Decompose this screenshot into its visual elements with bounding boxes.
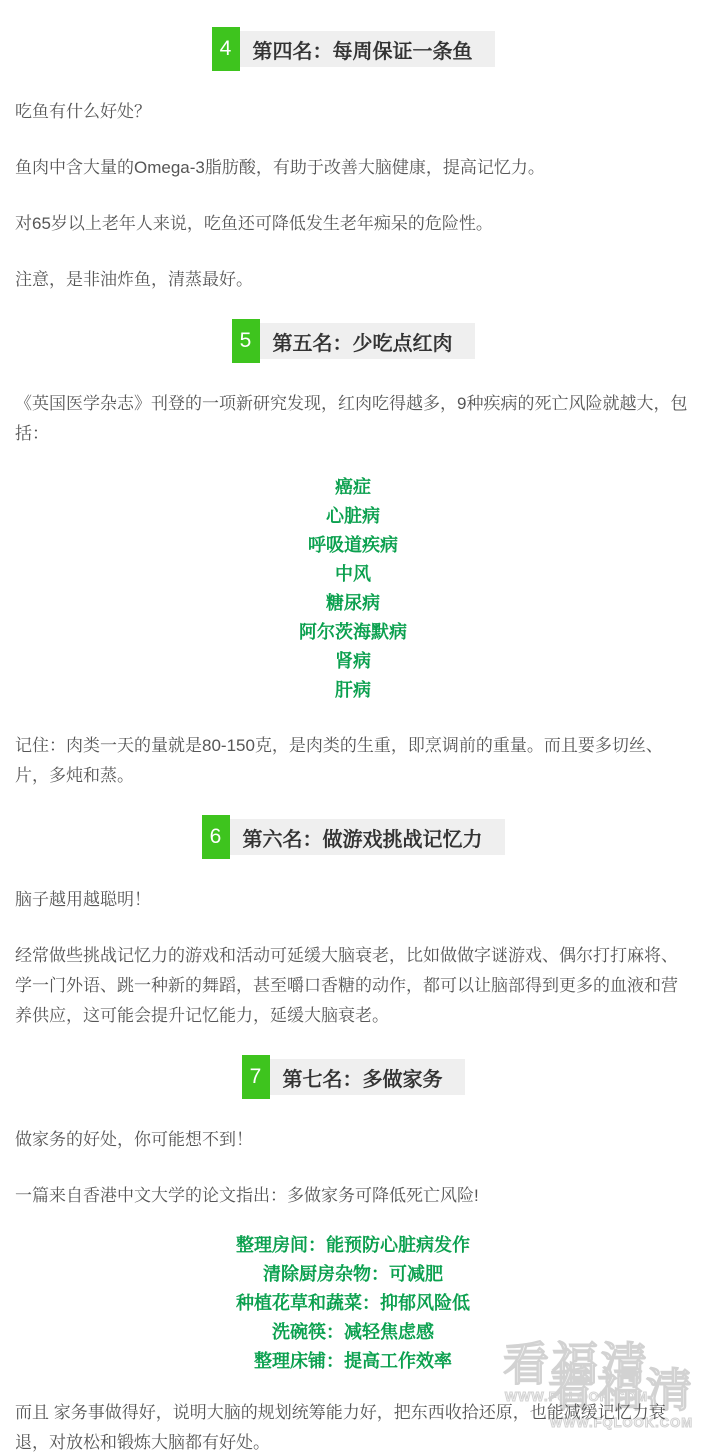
list-item: 洗碗筷：减轻焦虑感 bbox=[15, 1318, 691, 1347]
paragraph: 经常做些挑战记忆力的游戏和活动可延缓大脑衰老，比如做做字谜游戏、偶尔打打麻将、学… bbox=[15, 941, 691, 1031]
list-item: 整理床铺：提高工作效率 bbox=[15, 1347, 691, 1376]
paragraph: 脑子越用越聪明！ bbox=[15, 885, 691, 915]
rank-badge: 6 bbox=[202, 815, 230, 859]
section-header-6: 6 第六名：做游戏挑战记忆力 bbox=[15, 815, 691, 859]
section-title-bar: 7 第七名：多做家务 bbox=[242, 1059, 465, 1095]
list-item: 中风 bbox=[15, 560, 691, 589]
paragraph: 一篇来自香港中文大学的论文指出：多做家务可降低死亡风险! bbox=[15, 1181, 691, 1211]
section-header-5: 5 第五名：少吃点红肉 bbox=[15, 319, 691, 363]
list-item: 心脏病 bbox=[15, 502, 691, 531]
list-item: 清除厨房杂物：可减肥 bbox=[15, 1260, 691, 1289]
disease-list: 癌症 心脏病 呼吸道疾病 中风 糖尿病 阿尔茨海默病 肾病 肝病 bbox=[15, 473, 691, 705]
rank-badge: 4 bbox=[212, 27, 240, 71]
paragraph: 注意，是非油炸鱼，清蒸最好。 bbox=[15, 265, 691, 295]
list-item: 肾病 bbox=[15, 647, 691, 676]
list-item: 阿尔茨海默病 bbox=[15, 618, 691, 647]
rank-badge: 7 bbox=[242, 1055, 270, 1099]
list-item: 癌症 bbox=[15, 473, 691, 502]
paragraph: 而且 家务事做得好，说明大脑的规划统筹能力好，把东西收拾还原，也能减缓记忆力衰退… bbox=[15, 1398, 691, 1455]
section-title-bar: 4 第四名：每周保证一条鱼 bbox=[212, 31, 495, 67]
paragraph: 鱼肉中含大量的Omega-3脂肪酸，有助于改善大脑健康，提高记忆力。 bbox=[15, 153, 691, 183]
list-item: 肝病 bbox=[15, 676, 691, 705]
section-header-4: 4 第四名：每周保证一条鱼 bbox=[15, 27, 691, 71]
rank-badge: 5 bbox=[232, 319, 260, 363]
section-title-bar: 6 第六名：做游戏挑战记忆力 bbox=[202, 819, 505, 855]
paragraph: 吃鱼有什么好处？ bbox=[15, 97, 691, 127]
list-item: 糖尿病 bbox=[15, 589, 691, 618]
section-title: 第五名：少吃点红肉 bbox=[273, 327, 453, 356]
list-item: 种植花草和蔬菜：抑郁风险低 bbox=[15, 1289, 691, 1318]
section-title: 第六名：做游戏挑战记忆力 bbox=[243, 823, 483, 852]
section-title: 第七名：多做家务 bbox=[283, 1063, 443, 1092]
section-header-7: 7 第七名：多做家务 bbox=[15, 1055, 691, 1099]
paragraph: 对65岁以上老年人来说，吃鱼还可降低发生老年痴呆的危险性。 bbox=[15, 209, 691, 239]
article-body: 4 第四名：每周保证一条鱼 吃鱼有什么好处？ 鱼肉中含大量的Omega-3脂肪酸… bbox=[0, 0, 706, 1455]
paragraph: 记住：肉类一天的量就是80-150克，是肉类的生重，即烹调前的重量。而且要多切丝… bbox=[15, 731, 691, 791]
list-item: 呼吸道疾病 bbox=[15, 531, 691, 560]
list-item: 整理房间：能预防心脏病发作 bbox=[15, 1231, 691, 1260]
paragraph: 做家务的好处，你可能想不到！ bbox=[15, 1125, 691, 1155]
section-title: 第四名：每周保证一条鱼 bbox=[253, 35, 473, 64]
section-title-bar: 5 第五名：少吃点红肉 bbox=[232, 323, 475, 359]
chores-benefit-list: 整理房间：能预防心脏病发作 清除厨房杂物：可减肥 种植花草和蔬菜：抑郁风险低 洗… bbox=[15, 1231, 691, 1376]
paragraph: 《英国医学杂志》刊登的一项新研究发现，红肉吃得越多，9种疾病的死亡风险就越大，包… bbox=[15, 389, 691, 449]
